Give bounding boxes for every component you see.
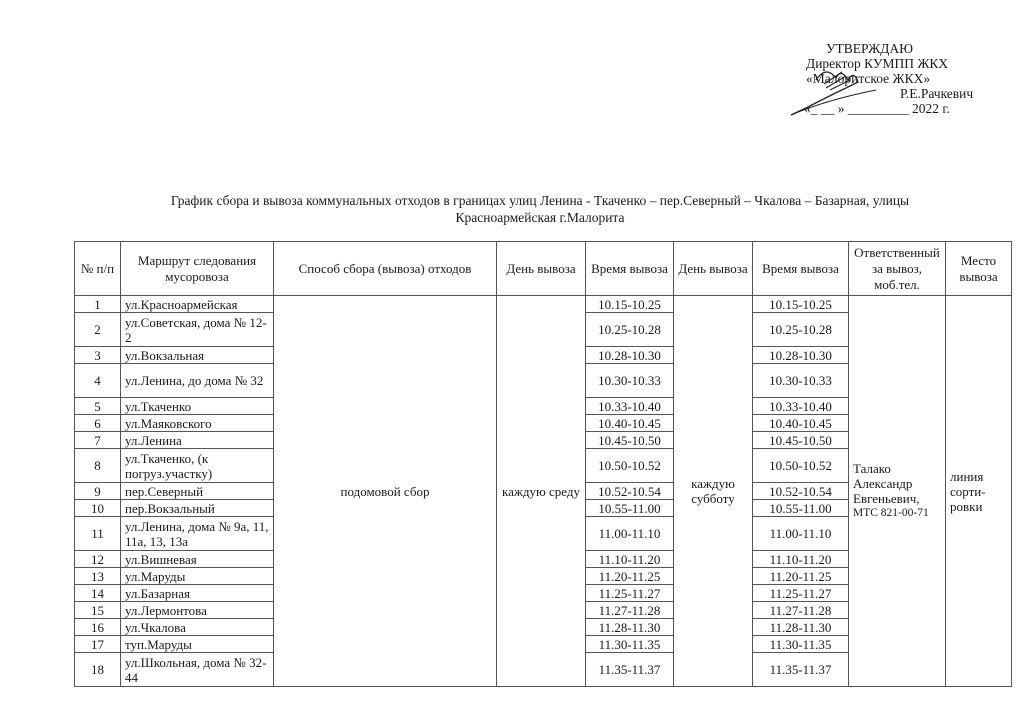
title-line-2: Красноармейская г.Малорита xyxy=(60,209,1020,226)
collection-method: подомовой сбор xyxy=(274,296,497,687)
row-time-1: 11.30-11.35 xyxy=(586,636,674,653)
row-number: 7 xyxy=(75,432,121,449)
row-route: ул.Школьная, дома № 32-44 xyxy=(121,653,274,687)
row-time-2: 10.30-10.33 xyxy=(753,364,849,398)
row-time-1: 11.28-11.30 xyxy=(586,619,674,636)
row-route: ул.Вишневая xyxy=(121,551,274,568)
row-route: ул.Чкалова xyxy=(121,619,274,636)
approval-position: Директор КУМПП ЖКХ xyxy=(782,56,1012,71)
row-number: 3 xyxy=(75,347,121,364)
row-number: 4 xyxy=(75,364,121,398)
row-route: пер.Северный xyxy=(121,483,274,500)
row-time-2: 11.28-11.30 xyxy=(753,619,849,636)
row-time-1: 11.25-11.27 xyxy=(586,585,674,602)
collection-schedule-table: № п/п Маршрут следования мусоровоза Спос… xyxy=(74,241,1012,687)
row-time-2: 11.25-11.27 xyxy=(753,585,849,602)
row-number: 12 xyxy=(75,551,121,568)
header-method: Способ сбора (вывоза) отходов xyxy=(274,242,497,296)
row-time-2: 10.33-10.40 xyxy=(753,398,849,415)
row-route: ул.Маяковского xyxy=(121,415,274,432)
row-route: ул.Ленина, до дома № 32 xyxy=(121,364,274,398)
row-number: 11 xyxy=(75,517,121,551)
row-route: ул.Красноармейская xyxy=(121,296,274,313)
row-number: 6 xyxy=(75,415,121,432)
header-day-2: День вывоза xyxy=(674,242,753,296)
responsible-person: Талако Александр Евгеньевич,МТС 821-00-7… xyxy=(849,296,946,687)
approval-signatory: Р.Е.Рачкевич xyxy=(782,86,1012,101)
row-route: ул.Вокзальная xyxy=(121,347,274,364)
table-row: 1ул.Красноармейскаяподомовой сборкаждую … xyxy=(75,296,1012,313)
row-route: ул.Базарная xyxy=(121,585,274,602)
row-time-2: 11.27-11.28 xyxy=(753,602,849,619)
row-time-2: 10.15-10.25 xyxy=(753,296,849,313)
row-time-2: 10.28-10.30 xyxy=(753,347,849,364)
row-time-1: 10.30-10.33 xyxy=(586,364,674,398)
row-number: 18 xyxy=(75,653,121,687)
approval-block: УТВЕРЖДАЮ Директор КУМПП ЖКХ «Малоритско… xyxy=(782,41,1012,116)
collection-day-2: каждую субботу xyxy=(674,296,753,687)
row-time-1: 10.52-10.54 xyxy=(586,483,674,500)
row-number: 13 xyxy=(75,568,121,585)
collection-day-1: каждую среду xyxy=(497,296,586,687)
row-number: 8 xyxy=(75,449,121,483)
row-time-1: 11.00-11.10 xyxy=(586,517,674,551)
row-number: 16 xyxy=(75,619,121,636)
header-number: № п/п xyxy=(75,242,121,296)
row-time-2: 11.00-11.10 xyxy=(753,517,849,551)
header-responsible: Ответственный за вывоз, моб.тел. xyxy=(849,242,946,296)
row-time-1: 10.28-10.30 xyxy=(586,347,674,364)
header-time-1: Время вывоза xyxy=(586,242,674,296)
disposal-place: линия сорти-ровки xyxy=(946,296,1012,687)
row-number: 2 xyxy=(75,313,121,347)
responsible-phone: МТС 821-00-71 xyxy=(853,506,941,521)
header-day-1: День вывоза xyxy=(497,242,586,296)
approval-date: «_ __ » _________ 2022 г. xyxy=(782,101,1012,116)
row-number: 14 xyxy=(75,585,121,602)
row-time-2: 10.40-10.45 xyxy=(753,415,849,432)
row-time-1: 10.15-10.25 xyxy=(586,296,674,313)
row-route: ул.Ткаченко, (к погруз.участку) xyxy=(121,449,274,483)
row-number: 15 xyxy=(75,602,121,619)
row-time-2: 10.45-10.50 xyxy=(753,432,849,449)
row-route: ул.Ткаченко xyxy=(121,398,274,415)
row-time-2: 11.30-11.35 xyxy=(753,636,849,653)
row-time-2: 11.35-11.37 xyxy=(753,653,849,687)
title-line-1: График сбора и вывоза коммунальных отход… xyxy=(60,192,1020,209)
row-time-1: 11.10-11.20 xyxy=(586,551,674,568)
responsible-name: Талако Александр Евгеньевич, xyxy=(853,461,941,506)
row-time-2: 10.55-11.00 xyxy=(753,500,849,517)
row-time-1: 11.27-11.28 xyxy=(586,602,674,619)
row-route: туп.Маруды xyxy=(121,636,274,653)
row-time-1: 10.33-10.40 xyxy=(586,398,674,415)
row-time-2: 10.50-10.52 xyxy=(753,449,849,483)
row-time-1: 11.20-11.25 xyxy=(586,568,674,585)
row-route: ул.Ленина, дома № 9а, 11, 11а, 13, 13а xyxy=(121,517,274,551)
row-time-2: 10.25-10.28 xyxy=(753,313,849,347)
header-place: Место вывоза xyxy=(946,242,1012,296)
row-route: ул.Маруды xyxy=(121,568,274,585)
row-number: 1 xyxy=(75,296,121,313)
document-title: График сбора и вывоза коммунальных отход… xyxy=(60,192,1020,226)
row-time-1: 10.50-10.52 xyxy=(586,449,674,483)
row-time-1: 10.40-10.45 xyxy=(586,415,674,432)
row-number: 10 xyxy=(75,500,121,517)
table-header-row: № п/п Маршрут следования мусоровоза Спос… xyxy=(75,242,1012,296)
row-time-2: 11.20-11.25 xyxy=(753,568,849,585)
header-time-2: Время вывоза xyxy=(753,242,849,296)
row-route: пер.Вокзальный xyxy=(121,500,274,517)
row-time-2: 11.10-11.20 xyxy=(753,551,849,568)
row-route: ул.Ленина xyxy=(121,432,274,449)
row-route: ул.Советская, дома № 12-2 xyxy=(121,313,274,347)
row-route: ул.Лермонтова xyxy=(121,602,274,619)
row-time-2: 10.52-10.54 xyxy=(753,483,849,500)
row-time-1: 10.55-11.00 xyxy=(586,500,674,517)
row-number: 9 xyxy=(75,483,121,500)
row-time-1: 11.35-11.37 xyxy=(586,653,674,687)
row-time-1: 10.25-10.28 xyxy=(586,313,674,347)
approval-organization: «Малоритское ЖКХ» xyxy=(782,71,1012,86)
approval-heading: УТВЕРЖДАЮ xyxy=(782,41,1012,56)
row-number: 5 xyxy=(75,398,121,415)
row-time-1: 10.45-10.50 xyxy=(586,432,674,449)
row-number: 17 xyxy=(75,636,121,653)
header-route: Маршрут следования мусоровоза xyxy=(121,242,274,296)
